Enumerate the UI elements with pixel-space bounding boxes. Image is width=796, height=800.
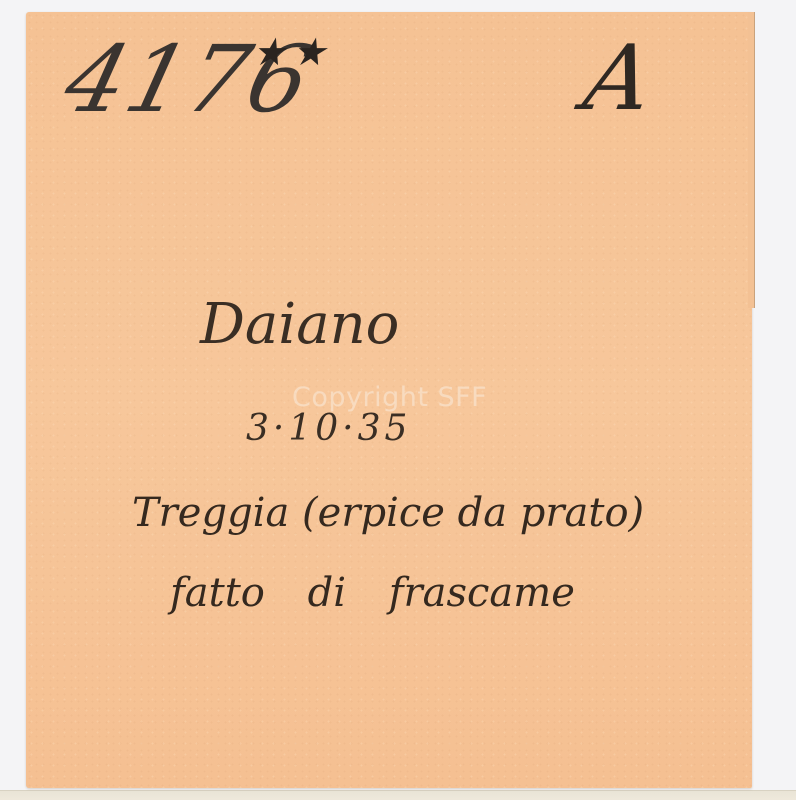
place-name: Daiano (200, 292, 399, 357)
mount-bottom-strip (0, 790, 796, 800)
description-line-1: Treggia (erpice da prato) (132, 490, 644, 536)
star-icon: ★★ (252, 30, 332, 74)
description-line-2: fatto di frascame (170, 570, 575, 616)
date: 3·10·35 (246, 408, 411, 449)
card-fold-edge (748, 12, 755, 308)
